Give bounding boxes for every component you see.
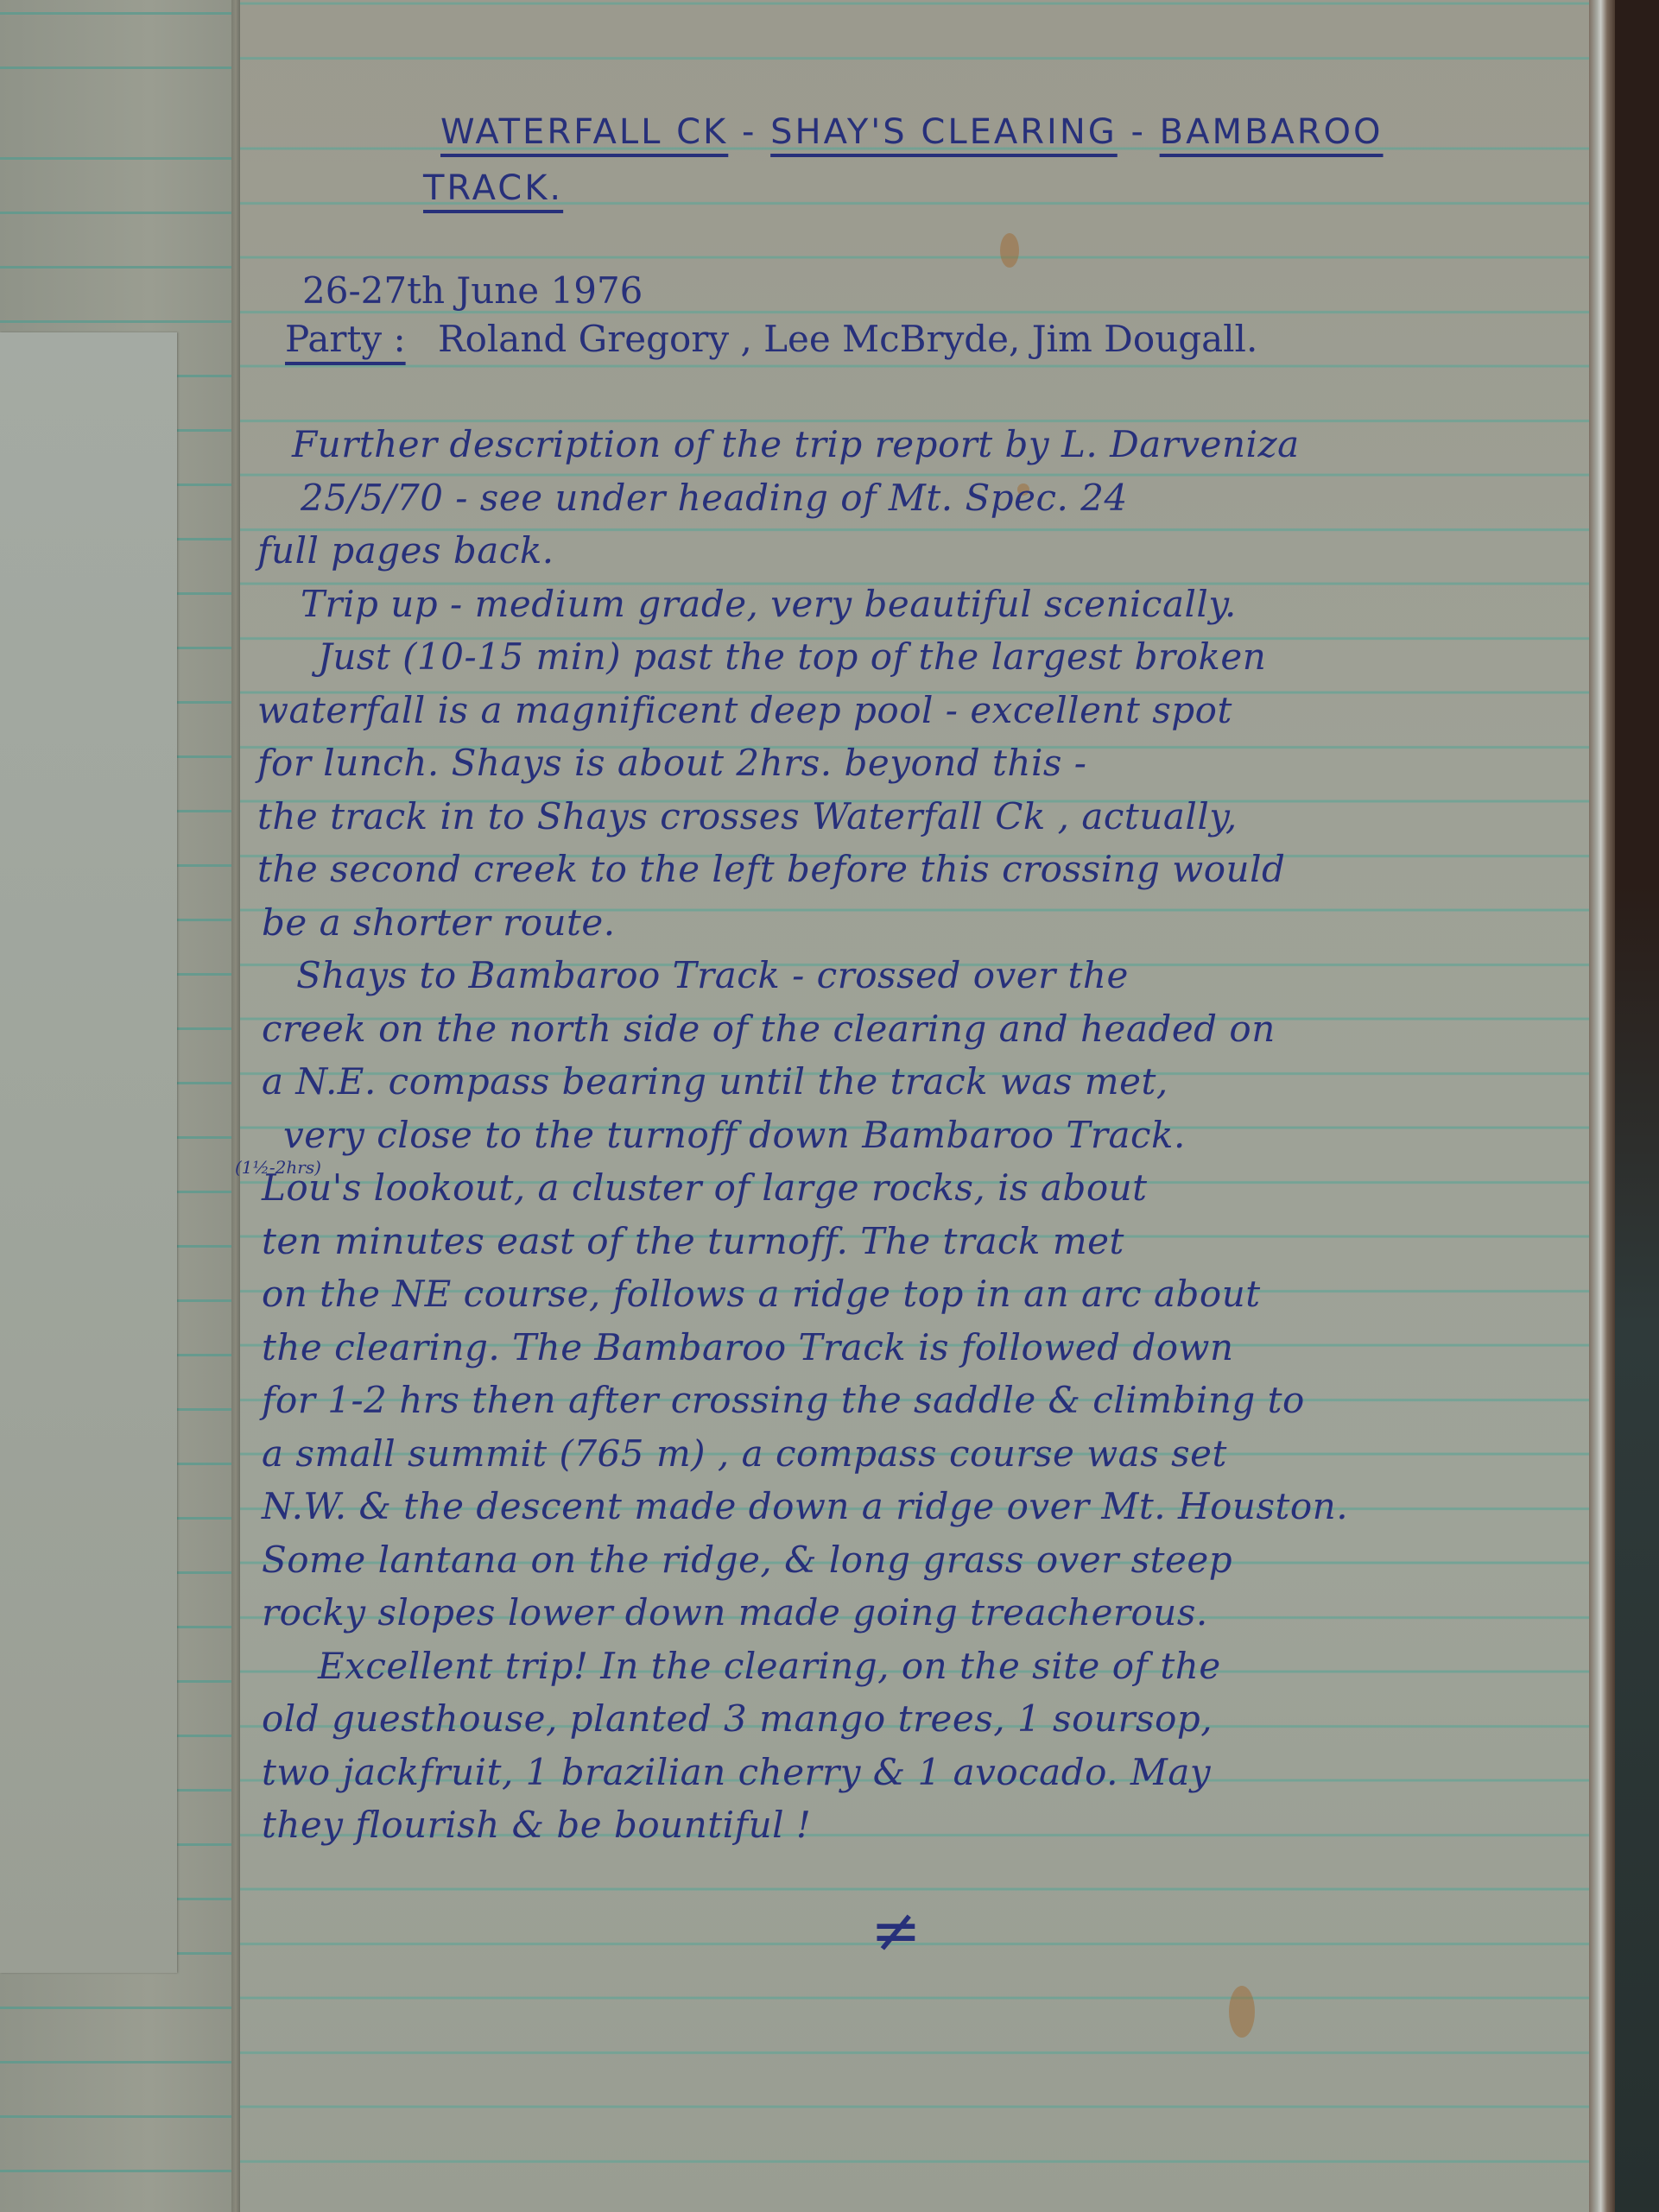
body-line: ten minutes east of the turnoff. The tra… <box>262 1220 1124 1262</box>
body-line: Just (10-15 min) past the top of the lar… <box>318 635 1266 678</box>
body-line: rocky slopes lower down made going treac… <box>262 1591 1208 1634</box>
body-line: waterfall is a magnificent deep pool - e… <box>257 689 1232 731</box>
party-line: Party : Roland Gregory , Lee McBryde, Ji… <box>285 318 1257 360</box>
body-line: a N.E. compass bearing until the track w… <box>262 1060 1168 1103</box>
body-line: old guesthouse, planted 3 mango trees, 1… <box>262 1697 1213 1740</box>
body-line: the second creek to the left before this… <box>257 848 1285 890</box>
body-line: N.W. & the descent made down a ridge ove… <box>262 1485 1348 1527</box>
body-line: Further description of the trip report b… <box>292 423 1300 465</box>
margin-note: (1½-2hrs) <box>235 1157 321 1178</box>
page-gutter <box>231 0 240 2212</box>
pasted-note <box>0 332 177 1973</box>
body-line: full pages back. <box>257 529 554 572</box>
body-line: for lunch. Shays is about 2hrs. beyond t… <box>257 742 1087 784</box>
body-line: Some lantana on the ridge, & long grass … <box>262 1539 1232 1581</box>
body-line: they flourish & be bountiful ! <box>262 1804 811 1846</box>
body-line: Trip up - medium grade, very beautiful s… <box>301 583 1237 625</box>
book-cover <box>1615 0 1659 2212</box>
trip-date: 26-27th June 1976 <box>302 269 643 312</box>
body-line: the clearing. The Bambaroo Track is foll… <box>262 1326 1234 1368</box>
title-shays-clearing: SHAY'S CLEARING <box>770 112 1118 152</box>
body-line: two jackfruit, 1 brazilian cherry & 1 av… <box>262 1751 1211 1793</box>
body-line: the track in to Shays crosses Waterfall … <box>257 795 1238 837</box>
journal-page: 219 WATERFALL CK - SHAY'S CLEARING - BAM… <box>240 0 1589 2212</box>
body-line: creek on the north side of the clearing … <box>262 1008 1276 1050</box>
page-title: WATERFALL CK - SHAY'S CLEARING - BAMBARO… <box>440 112 1384 152</box>
body-line: very close to the turnoff down Bambaroo … <box>283 1114 1186 1156</box>
party-label: Party : <box>285 318 406 360</box>
end-mark: ≠ <box>871 1895 921 1966</box>
page-edges <box>1589 0 1615 2212</box>
title-waterfall-ck: WATERFALL CK <box>440 112 728 152</box>
body-line: Excellent trip! In the clearing, on the … <box>318 1645 1221 1687</box>
stain <box>1229 1986 1255 2038</box>
notebook-spread: 219 WATERFALL CK - SHAY'S CLEARING - BAM… <box>0 0 1659 2212</box>
title-track: TRACK. <box>423 168 563 208</box>
body-line: be a shorter route. <box>262 901 616 944</box>
body-line: on the NE course, follows a ridge top in… <box>262 1273 1261 1315</box>
body-line: 25/5/70 - see under heading of Mt. Spec.… <box>301 477 1128 519</box>
body-line: a small summit (765 m) , a compass cours… <box>262 1432 1227 1475</box>
body-line: for 1-2 hrs then after crossing the sadd… <box>262 1379 1305 1421</box>
party-members: Roland Gregory , Lee McBryde, Jim Dougal… <box>438 318 1257 360</box>
stain <box>1000 233 1019 268</box>
body-line: Lou's lookout, a cluster of large rocks,… <box>262 1166 1148 1209</box>
previous-page <box>0 0 250 2212</box>
title-bambaroo: BAMBAROO <box>1160 112 1384 152</box>
body-line: Shays to Bambaroo Track - crossed over t… <box>296 954 1129 996</box>
